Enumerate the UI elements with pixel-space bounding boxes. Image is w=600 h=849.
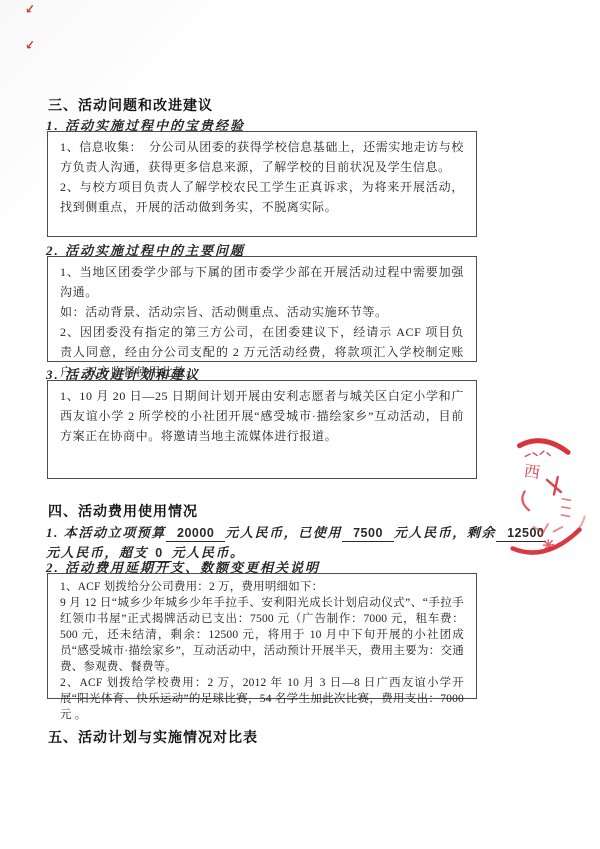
section-five-heading: 五、活动计划与实施情况对比表 [48, 727, 258, 747]
seal-character: 西 [523, 462, 541, 482]
issues-box: 1、当地区团委学少部与下属的团市委学少部在开展活动过程中需要加强沟通。 如：活动… [47, 256, 477, 362]
red-tick-mark-top: ↙ [24, 1, 36, 16]
red-tick-mark-bottom: ↙ [24, 37, 36, 52]
issues-line: 1、当地区团委学少部与下属的团市委学少部在开展活动过程中需要加强沟通。 [60, 262, 464, 302]
issues-line: 如：活动背景、活动宗旨、活动侧重点、活动实施环节等。 [60, 302, 464, 322]
expense-note-line: 9 月 12 日“城乡少年城乡少年手拉手、安利阳光成长计划启动仪式”、“手拉手红… [60, 595, 464, 675]
section-four-heading: 四、活动费用使用情况 [48, 501, 198, 521]
budget-total-value: 20000 [166, 526, 225, 542]
improvement-box: 1、10 月 20 日—25 日期间计划开展由安利志愿者与城关区白定小学和广西友… [47, 380, 477, 479]
experience-line: 2、与校方项目负责人了解学校农民工学生正真诉求，为将来开展活动，找到侧重点，开展… [60, 177, 464, 217]
scanned-report-page: ↙ ↙ 三、活动问题和改进建议 1. 活动实施过程中的宝贵经验 1、信息收集： … [0, 0, 600, 849]
budget-used-value: 7500 [342, 526, 394, 542]
expense-note-line: 2、ACF 划拨给学校费用：2 万，2012 年 10 月 3 日—8 日广西友… [60, 675, 464, 723]
expense-note-line: 1、ACF 划拨给分公司费用：2 万，费用明细如下： [60, 579, 464, 595]
budget-seg-used: 元人民币，已使用 [225, 525, 342, 540]
improvement-line: 1、10 月 20 日—25 日期间计划开展由安利志愿者与城关区白定小学和广西友… [60, 386, 464, 446]
budget-summary-line-1: 1. 本活动立项预算20000元人民币，已使用7500元人民币，剩余12500 [46, 522, 546, 541]
budget-prefix: 1. 本活动立项预算 [46, 525, 166, 540]
section-three-heading: 三、活动问题和改进建议 [48, 95, 213, 115]
budget-remaining-value: 12500 [496, 526, 546, 542]
experience-line: 1、信息收集： 分公司从团委的获得学校信息基础上，还需实地走访与校方负责人沟通，… [60, 137, 464, 177]
budget-seg-remain: 元人民币，剩余 [394, 525, 496, 540]
expense-note-box: 1、ACF 划拨给分公司费用：2 万，费用明细如下： 9 月 12 日“城乡少年… [47, 573, 477, 699]
experience-box: 1、信息收集： 分公司从团委的获得学校信息基础上，还需实地走访与校方负责人沟通，… [47, 131, 477, 237]
